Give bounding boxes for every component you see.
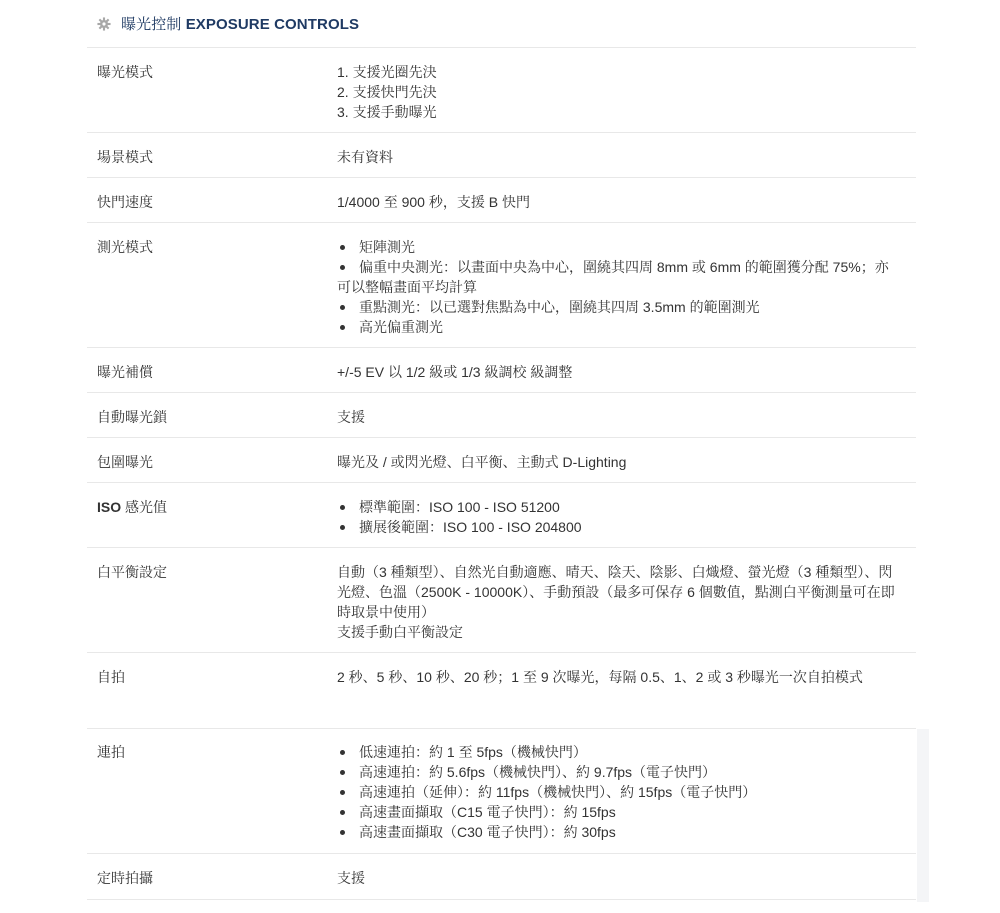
spec-value: 自動（3 種類型）、自然光自動適應、晴天、陰天、陰影、白熾燈、螢光燈（3 種類型…: [337, 562, 916, 637]
spec-row-scene-mode: 場景模式 未有資料: [87, 133, 916, 178]
list-item: 2. 支援快門先決: [337, 82, 902, 102]
spec-table: 曝光模式 1. 支援光圈先決 2. 支援快門先決 3. 支援手動曝光 場景模式 …: [87, 48, 916, 900]
spec-value: 1. 支援光圈先決 2. 支援快門先決 3. 支援手動曝光: [337, 62, 916, 117]
list-item: 高速畫面擷取（C30 電子快門）：約 30fps: [337, 822, 902, 842]
section-title-en: EXPOSURE CONTROLS: [186, 16, 359, 33]
spec-value: 標準範圍：ISO 100 - ISO 51200 擴展後範圍：ISO 100 -…: [337, 497, 916, 532]
list-item: 高速連拍：約 5.6fps（機械快門）、約 9.7fps（電子快門）: [337, 762, 902, 782]
list-item: 矩陣測光: [337, 237, 902, 257]
spec-value: 矩陣測光 偏重中央測光：以畫面中央為中心，圍繞其四周 8mm 或 6mm 的範圍…: [337, 237, 916, 332]
list-item: 低速連拍：約 1 至 5fps（機械快門）: [337, 742, 902, 762]
spec-row-continuous-shooting: 連拍 低速連拍：約 1 至 5fps（機械快門） 高速連拍：約 5.6fps（機…: [87, 729, 916, 854]
spec-label: 曝光補償: [87, 362, 337, 377]
bullet-list: 矩陣測光 偏重中央測光：以畫面中央為中心，圍繞其四周 8mm 或 6mm 的範圍…: [337, 237, 902, 337]
spec-row-exposure-mode: 曝光模式 1. 支援光圈先決 2. 支援快門先決 3. 支援手動曝光: [87, 48, 916, 133]
spec-label: 包圍曝光: [87, 452, 337, 467]
spec-label: 自動曝光鎖: [87, 407, 337, 422]
list-item: 高速連拍（延伸）：約 11fps（機械快門）、約 15fps（電子快門）: [337, 782, 902, 802]
numbered-list: 1. 支援光圈先決 2. 支援快門先決 3. 支援手動曝光: [337, 62, 902, 122]
spec-value: 2 秒、5 秒、10 秒、20 秒；1 至 9 次曝光，每隔 0.5、1、2 或…: [337, 667, 916, 713]
section-title: 曝光控制 EXPOSURE CONTROLS: [121, 13, 359, 34]
spec-value: 1/4000 至 900 秒，支援 B 快門: [337, 192, 916, 207]
list-item: 3. 支援手動曝光: [337, 102, 902, 122]
spec-value: 曝光及 / 或閃光燈、白平衡、主動式 D-Lighting: [337, 452, 916, 467]
spec-label: 自拍: [87, 667, 337, 713]
spec-label: 定時拍攝: [87, 868, 337, 884]
spec-label-latin: ISO: [97, 499, 121, 515]
spec-row-metering: 測光模式 矩陣測光 偏重中央測光：以畫面中央為中心，圍繞其四周 8mm 或 6m…: [87, 223, 916, 348]
section-header: 曝光控制 EXPOSURE CONTROLS: [87, 0, 916, 48]
spec-row-interval-timer: 定時拍攝 支援: [87, 854, 916, 900]
spec-value: 支援: [337, 407, 916, 422]
side-scroll-band: [917, 729, 929, 902]
spec-label: 連拍: [87, 742, 337, 838]
list-item: 高速畫面擷取（C15 電子快門）：約 15fps: [337, 802, 902, 822]
spec-value: 支援: [337, 868, 916, 884]
bullet-list: 低速連拍：約 1 至 5fps（機械快門） 高速連拍：約 5.6fps（機械快門…: [337, 742, 902, 842]
spec-value: 低速連拍：約 1 至 5fps（機械快門） 高速連拍：約 5.6fps（機械快門…: [337, 742, 916, 838]
spec-label: ISO 感光值: [87, 497, 337, 532]
spec-label: 白平衡設定: [87, 562, 337, 637]
spec-label: 測光模式: [87, 237, 337, 332]
bullet-list: 標準範圍：ISO 100 - ISO 51200 擴展後範圍：ISO 100 -…: [337, 497, 902, 537]
spec-row-iso: ISO 感光值 標準範圍：ISO 100 - ISO 51200 擴展後範圍：I…: [87, 483, 916, 548]
gear-icon: [97, 17, 111, 31]
spec-label-zh: 感光值: [125, 499, 167, 515]
spec-label: 曝光模式: [87, 62, 337, 117]
spec-value-text: 自動（3 種類型）、自然光自動適應、晴天、陰天、陰影、白熾燈、螢光燈（3 種類型…: [337, 562, 902, 622]
list-item: 偏重中央測光：以畫面中央為中心，圍繞其四周 8mm 或 6mm 的範圍獲分配 7…: [337, 257, 902, 297]
section-title-zh: 曝光控制: [121, 16, 181, 33]
spec-value-text: 支援手動白平衡設定: [337, 622, 902, 642]
spec-row-shutter-speed: 快門速度 1/4000 至 900 秒，支援 B 快門: [87, 178, 916, 223]
list-item: 標準範圍：ISO 100 - ISO 51200: [337, 497, 902, 517]
list-item: 擴展後範圍：ISO 100 - ISO 204800: [337, 517, 902, 537]
spec-row-ae-lock: 自動曝光鎖 支援: [87, 393, 916, 438]
spec-value: +/-5 EV 以 1/2 級或 1/3 級調校 級調整: [337, 362, 916, 377]
list-item: 1. 支援光圈先決: [337, 62, 902, 82]
spec-row-exposure-compensation: 曝光補償 +/-5 EV 以 1/2 級或 1/3 級調校 級調整: [87, 348, 916, 393]
spec-label: 場景模式: [87, 147, 337, 162]
spec-row-bracketing: 包圍曝光 曝光及 / 或閃光燈、白平衡、主動式 D-Lighting: [87, 438, 916, 483]
spec-value: 未有資料: [337, 147, 916, 162]
spec-label: 快門速度: [87, 192, 337, 207]
spec-row-white-balance: 白平衡設定 自動（3 種類型）、自然光自動適應、晴天、陰天、陰影、白熾燈、螢光燈…: [87, 548, 916, 653]
spec-row-self-timer: 自拍 2 秒、5 秒、10 秒、20 秒；1 至 9 次曝光，每隔 0.5、1、…: [87, 653, 916, 729]
list-item: 重點測光：以已選對焦點為中心，圍繞其四周 3.5mm 的範圍測光: [337, 297, 902, 317]
list-item: 高光偏重測光: [337, 317, 902, 337]
